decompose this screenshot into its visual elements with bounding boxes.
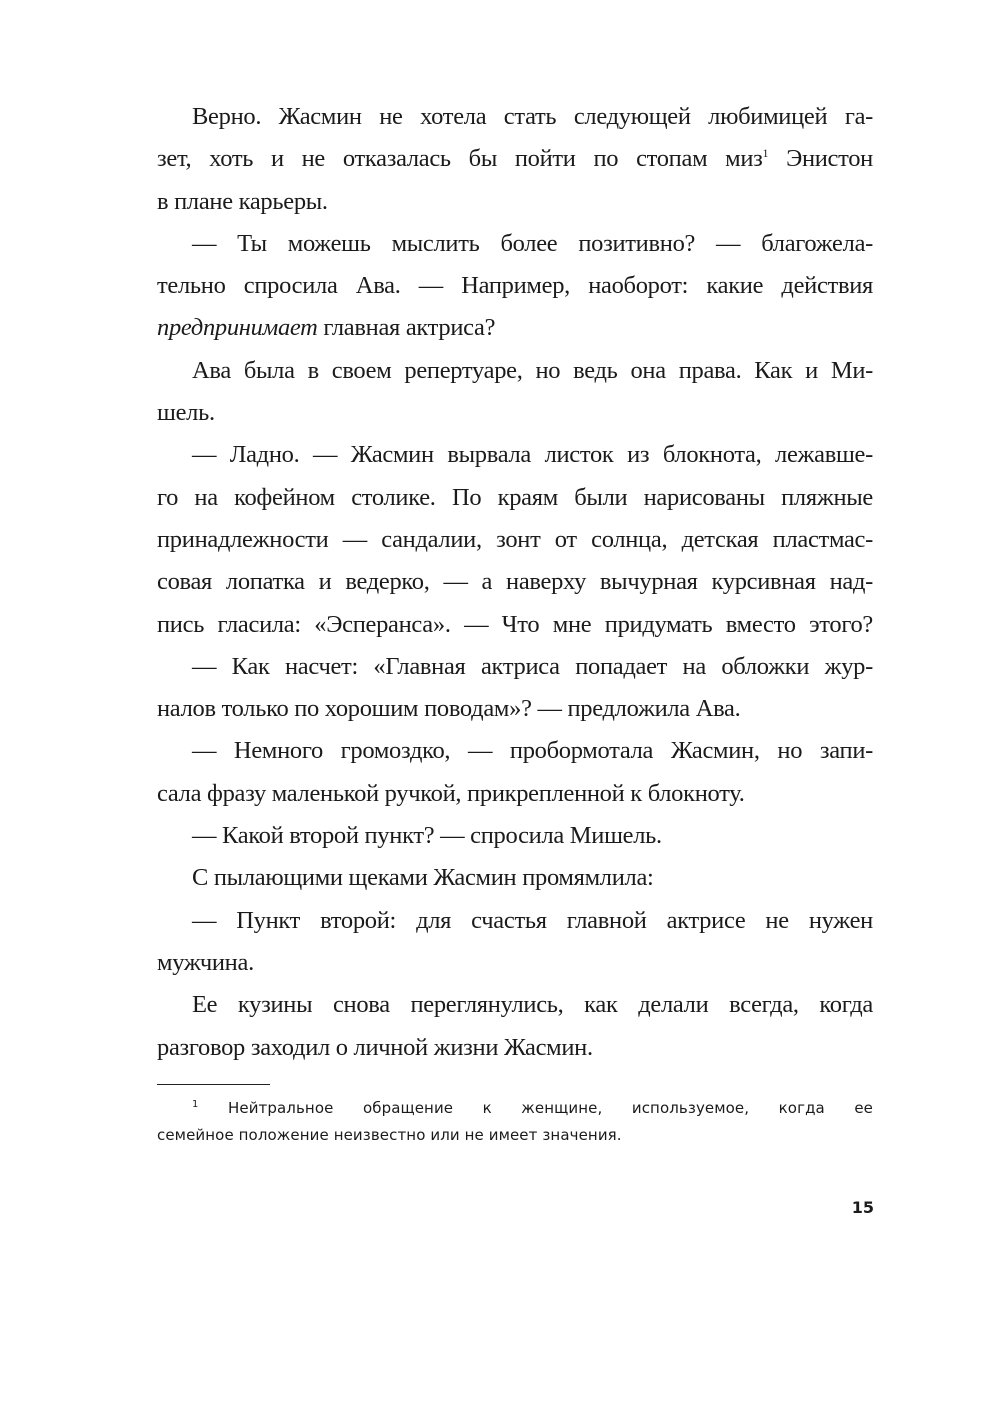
footnote-line: семейное положение неизвестно или не име… (157, 1122, 873, 1149)
text-line: в плане карьеры. (157, 181, 873, 223)
text-line: Ее кузины снова переглянулись, как делал… (157, 984, 873, 1026)
text-line: сала фразу маленькой ручкой, прикрепленн… (157, 773, 873, 815)
italic-emphasis: предпринимает (157, 314, 318, 341)
text-line: шель. (157, 392, 873, 434)
text-fragment: Нейтральное обращение к женщине, использ… (198, 1099, 873, 1117)
text-line: — Какой второй пункт? — спросила Мишель. (157, 815, 873, 857)
footnote-divider (157, 1084, 270, 1085)
book-page: Верно. Жасмин не хотела стать следующей … (0, 0, 1000, 1415)
text-fragment: зет, хоть и не отказалась бы пойти по ст… (157, 145, 763, 172)
main-text: Верно. Жасмин не хотела стать следующей … (157, 96, 873, 1069)
footnote-line: 1 Нейтральное обращение к женщине, испол… (157, 1095, 873, 1122)
text-line: — Ты можешь мыслить более позитивно? — б… (157, 223, 873, 265)
text-line: тельно спросила Ава. — Например, наоборо… (157, 265, 873, 307)
text-line: — Пункт второй: для счастья главной актр… (157, 900, 873, 942)
text-line: предпринимает главная актриса? (157, 307, 873, 349)
text-line: Верно. Жасмин не хотела стать следующей … (157, 96, 873, 138)
text-line: налов только по хорошим поводам»? — пред… (157, 688, 873, 730)
text-line: С пылающими щеками Жасмин промямлила: (157, 857, 873, 899)
text-fragment: Энистон (768, 145, 873, 172)
text-line: принадлежности — сандалии, зонт от солнц… (157, 519, 873, 561)
text-line: — Немного громоздко, — пробормотала Жасм… (157, 730, 873, 772)
text-line: — Как насчет: «Главная актриса попадает … (157, 646, 873, 688)
text-line: совая лопатка и ведерко, — а наверху выч… (157, 561, 873, 603)
footnotes: 1 Нейтральное обращение к женщине, испол… (157, 1095, 873, 1149)
text-line: разговор заходил о личной жизни Жасмин. (157, 1027, 873, 1069)
text-fragment: главная актриса? (318, 314, 496, 341)
text-line: мужчина. (157, 942, 873, 984)
text-line: — Ладно. — Жасмин вырвала листок из блок… (157, 434, 873, 476)
text-line: зет, хоть и не отказалась бы пойти по ст… (157, 138, 873, 180)
page-number: 15 (820, 1198, 874, 1217)
text-line: Ава была в своем репертуаре, но ведь она… (157, 350, 873, 392)
text-line: пись гласила: «Эсперанса». — Что мне при… (157, 604, 873, 646)
text-line: го на кофейном столике. По краям были на… (157, 477, 873, 519)
